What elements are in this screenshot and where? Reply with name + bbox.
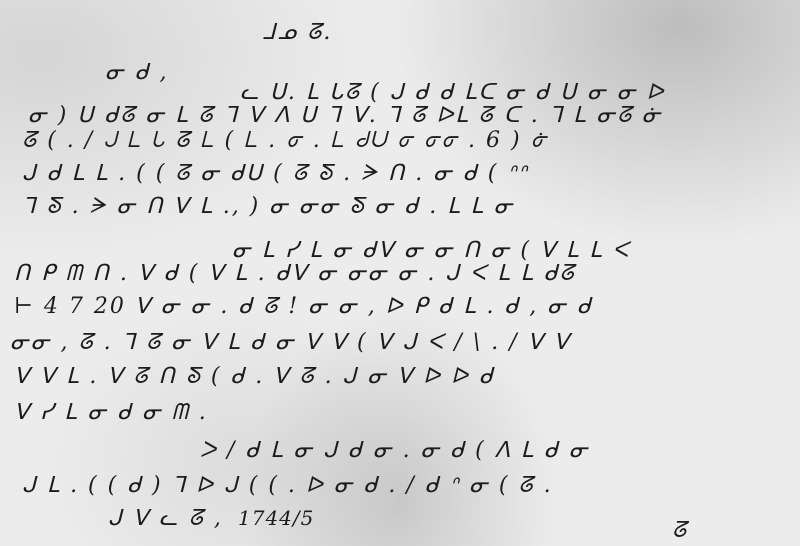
shorthand-line-16: ᒍ ᐯ ᓚ ᘔ , <box>108 508 223 530</box>
shorthand-line-15: ᒍ ᒪ . ( ( ᑯ ) ᒣ ᐅ ᒍ ( ( . ᐅ ᓂ ᑯ . / ᑯ ᐢ … <box>22 475 553 497</box>
shorthand-line-12: ᐯ ᐯ ᒪ . ᐯ ᘔ ᑎ ᘕ ( ᑯ . ᐯ ᘔ . ᒍ ᓂ ᐯ ᐅ ᐅ ᑯ <box>14 366 495 388</box>
shorthand-line-9: ᑎ ᑭ ᗰ ᑎ . ᐯ ᑯ ( ᐯ ᒪ . ᑯᐯ ᓂ ᓂᓂ ᓂ . ᒍ ᐸ ᒪ … <box>14 263 576 285</box>
shorthand-line-8: ᓂ ᒪ ᓯ ᒪ ᓂ ᑯᐯ ᓂ ᓂ ᑎ ᓂ ( ᐯ ᒪ ᒪ ᐸ <box>232 240 631 262</box>
manuscript-page: ᒧᓄ ᘔ. ᓂ ᑯ , ᓚ ᑌ. ᒪ ᒐᘔ ( ᒍ ᑯ ᑯ ᒪᑕ ᓂ ᑯ ᑌ ᓂ… <box>0 0 800 546</box>
date-1744-5: 1744/5 <box>238 508 314 528</box>
shorthand-line-2: ᓂ ᑯ , <box>105 62 169 84</box>
shorthand-line-10: ⊢ 4 7 20 ᐯ ᓂ ᓂ . ᑯ ᘔ ! ᓂ ᓂ , ᐅ ᑭ ᑯ ᒪ . ᑯ… <box>14 296 593 318</box>
shorthand-line-6: ᒍ ᑯ ᒪ ᒪ . ( ( ᘔ ᓂ ᑯᑌ ( ᘔ ᘕ . ᗒ ᑎ . ᓂ ᑯ (… <box>22 163 528 185</box>
page-mark: ᘔ <box>672 520 688 542</box>
shorthand-line-11: ᓂᓂ , ᘔ . ᒣ ᘔ ᓂ ᐯ ᒪ ᑯ ᓂ ᐯ ᐯ ( ᐯ ᒍ ᐸ / \ .… <box>10 332 571 354</box>
shorthand-line-4: ᓂ ) ᑌ ᑯᘔ ᓂ ᒪ ᘔ ᒣ ᐯ ᐱ ᑌ ᒣ ᐯ. ᒣ ᘔ ᐅᒪ ᘔ ᑕ .… <box>28 105 663 127</box>
shorthand-line-13: ᐯ ᓯ ᒪ ᓂ ᑯ ᓂ ᗰ . <box>14 402 208 424</box>
shorthand-line-1: ᒧᓄ ᘔ. <box>262 22 332 44</box>
shorthand-line-14: ᐳ / ᑯ ᒪ ᓂ ᒍ ᑯ ᓂ . ᓂ ᑯ ( ᐱ ᒪ ᑯ ᓂ <box>200 440 590 462</box>
shorthand-line-3: ᓚ ᑌ. ᒪ ᒐᘔ ( ᒍ ᑯ ᑯ ᒪᑕ ᓂ ᑯ ᑌ ᓂ ᓂ ᐅ <box>240 82 665 104</box>
shorthand-line-5: ᘔ ( . / ᒍ ᒪ ᒐ ᘔ ᒪ ( ᒪ . ᓂ . ᒪ ᑯᑌ ᓂ ᓂᓂ . … <box>22 130 548 152</box>
shorthand-line-7: ᒣ ᘕ . ᗒ ᓂ ᑎ ᐯ ᒪ ., ) ᓂ ᓂᓂ ᘕ ᓂ ᑯ . ᒪ ᒪ ᓂ <box>22 196 514 218</box>
